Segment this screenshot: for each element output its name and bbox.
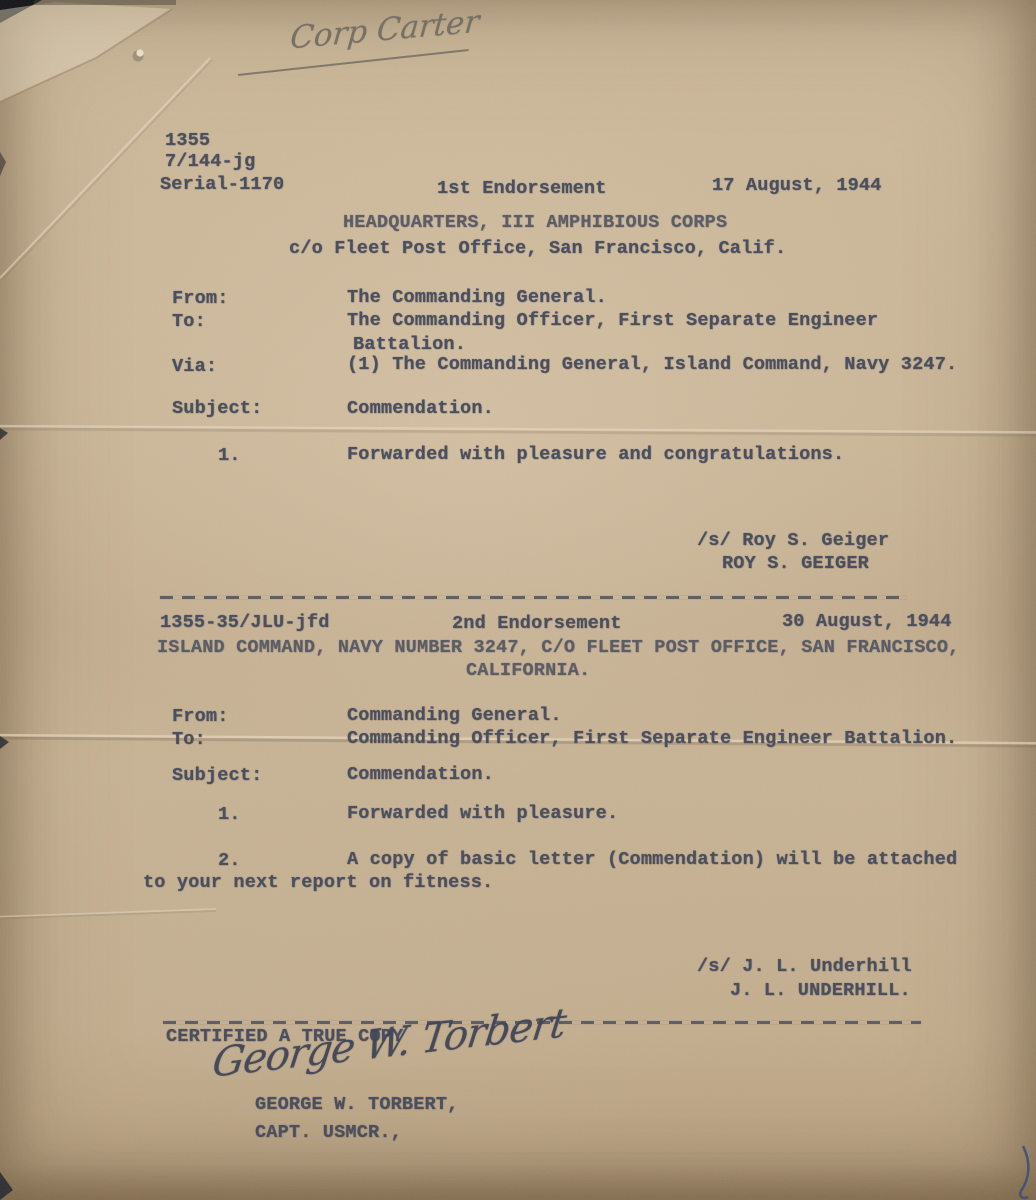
subject-label-1: Subject: xyxy=(172,398,262,420)
endorsement-2-date: 30 August, 1944 xyxy=(782,611,952,633)
subject-value-1: Commendation. xyxy=(347,398,494,420)
torbert-script-signature: George W. Torbert xyxy=(210,1000,569,1087)
para-1-number-1: 1. xyxy=(218,445,241,467)
subject-value-2: Commendation. xyxy=(347,764,494,786)
dashed-separator-1 xyxy=(160,596,906,599)
from-value-1: The Commanding General. xyxy=(347,287,607,309)
certification-rank-typed: CAPT. USMCR., xyxy=(255,1122,402,1144)
to-label-1: To: xyxy=(172,311,206,333)
signature-s-line-1: /s/ Roy S. Geiger xyxy=(697,530,889,552)
signature-typed-2: J. L. UNDERHILL. xyxy=(730,980,911,1002)
endorsement-1-date: 17 August, 1944 xyxy=(712,175,882,197)
ref-line-1: 1355 xyxy=(165,130,210,152)
from-value-2: Commanding General. xyxy=(347,705,562,727)
from-label-2: From: xyxy=(172,706,229,728)
from-label-1: From: xyxy=(172,288,229,310)
to-value-1-line-2: Battalion. xyxy=(353,334,466,356)
signature-s-line-2: /s/ J. L. Underhill xyxy=(697,956,912,978)
para-1-text-1: Forwarded with pleasure and congratulati… xyxy=(347,444,844,466)
para-1-number-2: 1. xyxy=(218,804,241,826)
para-1-text-2: Forwarded with pleasure. xyxy=(347,803,618,825)
handwritten-note: Corp Carter xyxy=(289,3,481,56)
torn-corner-dark-wedge xyxy=(0,0,42,23)
endorsement-2-org-line-2: CALIFORNIA. xyxy=(466,660,590,682)
para-2-number-2: 2. xyxy=(218,850,241,872)
endorsement-1-org-line-2: c/o Fleet Post Office, San Francisco, Ca… xyxy=(289,238,786,260)
scanned-letter-page: Corp Carter 1355 7/144-jg Serial-1170 1s… xyxy=(0,0,1036,1200)
endorsement-2-title: 2nd Endorsement xyxy=(452,613,622,635)
signature-typed-1: ROY S. GEIGER xyxy=(722,553,869,575)
handwritten-note-underline xyxy=(238,49,469,76)
via-label-1: Via: xyxy=(172,356,217,378)
ink-squiggle-mark xyxy=(1020,1146,1028,1198)
endorsement-1-org-line-1: HEADQUARTERS, III AMPHIBIOUS CORPS xyxy=(343,212,727,234)
ref-line-3: Serial-1170 xyxy=(160,174,284,196)
endorsement-1-title: 1st Endorsement xyxy=(437,178,607,200)
ref-line-2: 7/144-jg xyxy=(165,151,255,173)
fold-crease-upper xyxy=(0,425,1036,437)
para-2-text-line-1: A copy of basic letter (Commendation) wi… xyxy=(347,849,957,871)
subject-label-2: Subject: xyxy=(172,765,262,787)
to-label-2: To: xyxy=(172,729,206,751)
para-2-text-line-2: to your next report on fitness. xyxy=(143,872,493,894)
ref-line-e2: 1355-35/JLU-jfd xyxy=(160,612,330,634)
to-value-1-line-1: The Commanding Officer, First Separate E… xyxy=(347,310,878,332)
certification-name-typed: GEORGE W. TORBERT, xyxy=(255,1094,458,1116)
via-value-1: (1) The Commanding General, Island Comma… xyxy=(347,354,957,376)
endorsement-2-org-line-1: ISLAND COMMAND, NAVY NUMBER 3247, C/O FL… xyxy=(157,637,959,659)
fold-crease-bottom-left xyxy=(0,908,216,920)
to-value-2: Commanding Officer, First Separate Engin… xyxy=(347,728,957,750)
